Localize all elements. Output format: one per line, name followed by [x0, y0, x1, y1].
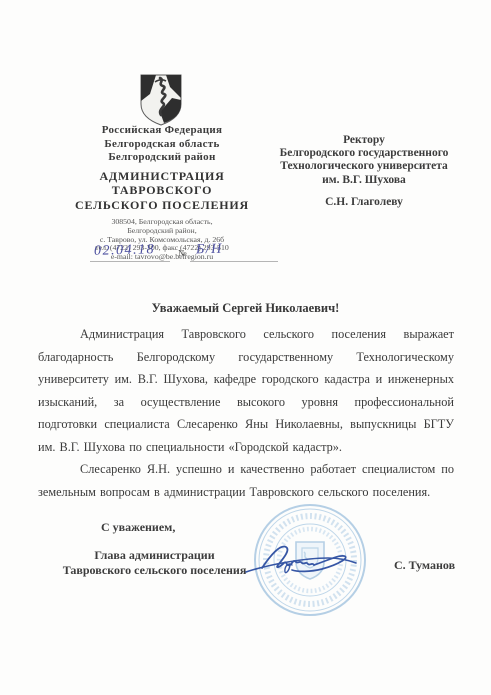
- addressee-block: Ректору Белгородского государственного Т…: [258, 134, 470, 208]
- organization-name: АДМИНИСТРАЦИЯ ТАВРОВСКОГО СЕЛЬСКОГО ПОСЕ…: [42, 169, 282, 213]
- coat-of-arms-icon: [139, 74, 183, 126]
- signer-title: Глава администрации Тавровского сельског…: [52, 548, 257, 578]
- addressee-org-line: Технологического университета: [258, 160, 470, 173]
- organization-name-line: ТАВРОВСКОГО: [42, 183, 282, 198]
- addressee-org-line: Белгородского государственного: [258, 147, 470, 160]
- salutation: Уважаемый Сергей Николаевич!: [0, 301, 491, 316]
- date-underline: [90, 261, 170, 262]
- letter-body: Администрация Тавровского сельского посе…: [38, 323, 454, 503]
- letterhead-federation: Российская Федерация: [42, 124, 282, 138]
- reference-row: 02.04.18 № Б/Н: [90, 243, 290, 267]
- number-underline: [190, 261, 278, 262]
- signer-title-line: Глава администрации: [52, 548, 257, 563]
- signer-name: С. Туманов: [394, 558, 455, 573]
- letterhead-district: Белгородский район: [42, 151, 282, 165]
- handwritten-signature: [244, 534, 362, 586]
- letterhead: Российская Федерация Белгородская област…: [42, 124, 282, 262]
- addressee-org-line: им. В.Г. Шухова: [258, 174, 470, 187]
- addressee-name: С.Н. Глаголеву: [258, 196, 470, 208]
- body-paragraph-2: Слесаренко Я.Н. успешно и качественно ра…: [38, 458, 454, 503]
- letterhead-region: Белгородская область: [42, 138, 282, 152]
- closing-phrase: С уважением,: [101, 520, 175, 535]
- handwritten-date: 02.04.18: [94, 242, 155, 260]
- handwritten-number: Б/Н: [196, 242, 223, 259]
- body-paragraph-1: Администрация Тавровского сельского посе…: [38, 323, 454, 458]
- organization-name-line: СЕЛЬСКОГО ПОСЕЛЕНИЯ: [42, 198, 282, 213]
- signer-title-line: Тавровского сельского поселения: [52, 563, 257, 578]
- scanned-letter-page: Российская Федерация Белгородская област…: [0, 0, 491, 695]
- addressee-title: Ректору: [258, 134, 470, 147]
- organization-name-line: АДМИНИСТРАЦИЯ: [42, 169, 282, 184]
- number-sign: №: [178, 248, 187, 258]
